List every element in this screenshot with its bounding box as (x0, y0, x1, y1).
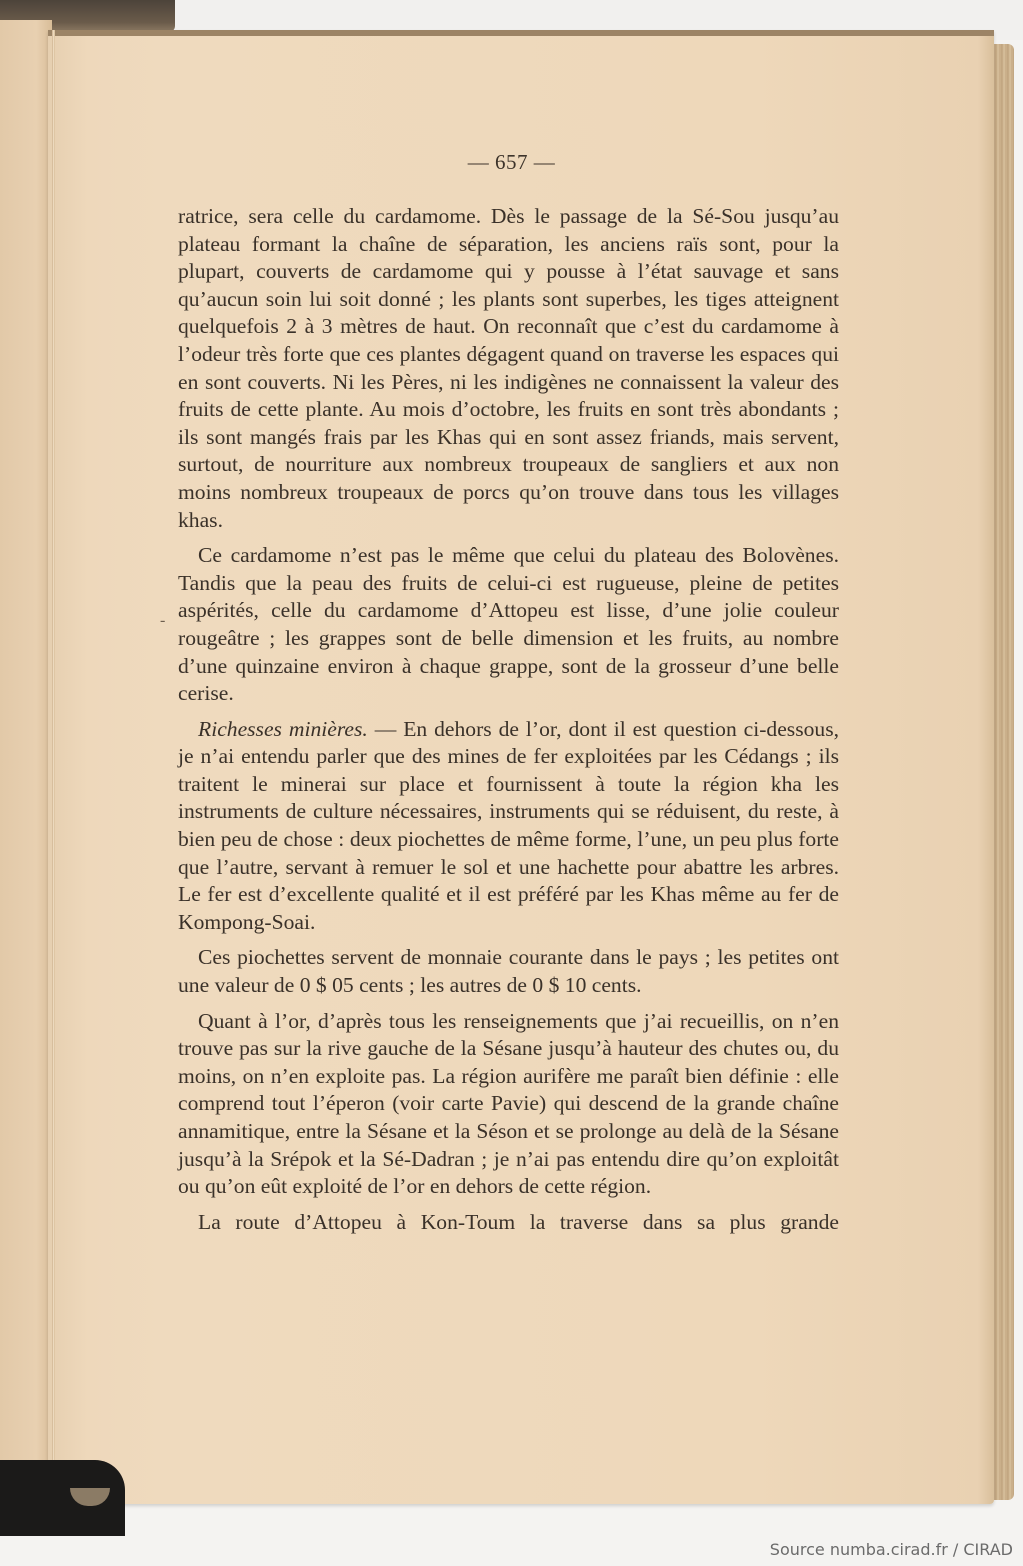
page-gutter (52, 30, 55, 1498)
book-binding-bottom (0, 1460, 125, 1536)
left-page-edge (0, 20, 52, 1490)
paragraph: Richesses minières. — En dehors de l’or,… (178, 716, 839, 937)
body-text: ratrice, sera celle du cardamome. Dès le… (178, 203, 839, 1244)
paragraph: Ces piochettes servent de monnaie couran… (178, 944, 839, 999)
paragraph: Ce cardamome n’est pas le même que celui… (178, 542, 839, 708)
margin-mark: - (160, 612, 165, 630)
paragraph: La route d’Attopeu à Kon-Toum la travers… (178, 1209, 839, 1237)
paragraph: Quant à l’or, d’après tous les renseigne… (178, 1008, 839, 1201)
paragraph-text: — En dehors de l’or, dont il est questio… (178, 717, 839, 934)
source-credit: Source numba.cirad.fr / CIRAD (770, 1540, 1013, 1559)
paragraph: ratrice, sera celle du cardamome. Dès le… (178, 203, 839, 534)
section-heading: Richesses minières. (198, 717, 368, 741)
page-number: — 657 — (0, 150, 1023, 175)
